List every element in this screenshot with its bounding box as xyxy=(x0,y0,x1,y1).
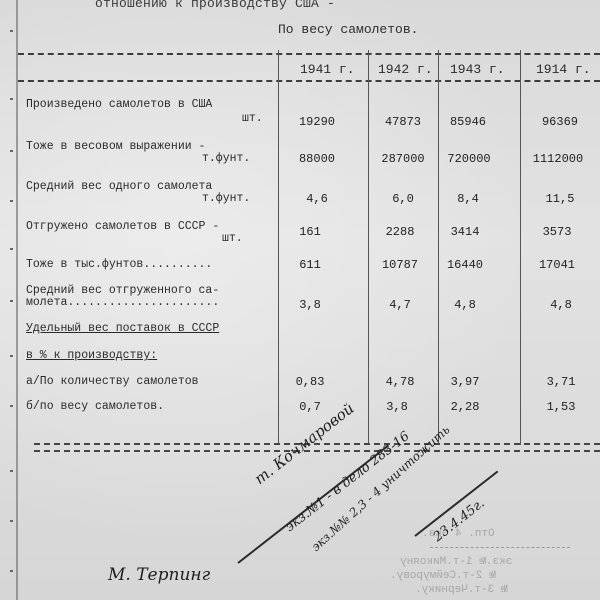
cell: 96369 xyxy=(535,115,585,129)
column-divider xyxy=(368,50,369,445)
cell: 2,28 xyxy=(440,400,490,414)
bleed-through-text: № 2-т.Сеймурову. xyxy=(390,570,496,582)
cell: 287000 xyxy=(374,152,432,166)
cell: 720000 xyxy=(440,152,498,166)
bleed-through-text: экз.№ 1-т.Микояну xyxy=(400,556,512,568)
section-label-share-ussr: Удельный вес поставок в СССР xyxy=(26,322,219,336)
cell: 4,8 xyxy=(536,298,586,312)
bleed-through-rule xyxy=(430,547,570,548)
cell: 16440 xyxy=(440,258,490,272)
cell: 4,6 xyxy=(292,192,342,206)
cell: 19290 xyxy=(292,115,342,129)
row-label-by-weight: б/по весу самолетов. xyxy=(26,400,164,414)
cell: 161 xyxy=(285,225,335,239)
cell: 1112000 xyxy=(526,152,590,166)
margin-punch-marks xyxy=(0,0,12,600)
cell: 0,83 xyxy=(285,375,335,389)
signature-left: М. Терпинг xyxy=(108,565,210,585)
column-header-1944: 1914 г. xyxy=(536,62,591,77)
bleed-through-text: № 3-т.Чернику. xyxy=(415,584,507,596)
cell: 3,8 xyxy=(285,298,335,312)
scanned-page: отношению к производству США - По весу с… xyxy=(0,0,600,600)
row-label-weight-usa: Тоже в весовом выражении - xyxy=(26,140,205,154)
cell: 85946 xyxy=(443,115,493,129)
cell: 47873 xyxy=(378,115,428,129)
row-label-shipped-weight: Тоже в тыс.фунтов.......... xyxy=(26,258,212,272)
heading-line-2: По весу самолетов. xyxy=(278,22,418,37)
cell: 611 xyxy=(285,258,335,272)
cell: 2288 xyxy=(375,225,425,239)
table-header-rule xyxy=(18,80,600,82)
row-label-avg-shipped-weight-cont: молета...................... xyxy=(26,296,219,310)
cell: 4,7 xyxy=(375,298,425,312)
cell: 17041 xyxy=(532,258,582,272)
column-divider xyxy=(520,50,521,445)
cell: 3414 xyxy=(440,225,490,239)
cell: 8,4 xyxy=(443,192,493,206)
column-divider xyxy=(278,50,279,445)
row-unit: шт. xyxy=(222,232,243,245)
row-label-by-quantity: а/По количеству самолетов xyxy=(26,375,199,389)
row-unit: т.фунт. xyxy=(202,192,250,205)
cell: 3,71 xyxy=(536,375,586,389)
column-header-1941: 1941 г. xyxy=(300,62,355,77)
cell: 4,78 xyxy=(375,375,425,389)
cell: 3573 xyxy=(532,225,582,239)
column-divider xyxy=(438,50,439,445)
column-header-1942: 1942 г. xyxy=(378,62,433,77)
cell: 88000 xyxy=(292,152,342,166)
column-header-1943: 1943 г. xyxy=(450,62,505,77)
cell: 4,8 xyxy=(440,298,490,312)
row-label-produced-usa: Произведено самолетов в США xyxy=(26,98,212,112)
cell: 3,97 xyxy=(440,375,490,389)
left-margin-line xyxy=(16,0,18,600)
cell: 3,8 xyxy=(372,400,422,414)
cell: 0,7 xyxy=(285,400,335,414)
heading-line-1: отношению к производству США - xyxy=(95,0,335,11)
cell: 10787 xyxy=(375,258,425,272)
cell: 1,53 xyxy=(536,400,586,414)
section-label-percent-production: в % к производству: xyxy=(26,349,157,363)
cell: 11,5 xyxy=(535,192,585,206)
row-label-shipped-ussr: Отгружено самолетов в СССР - xyxy=(26,220,219,234)
row-unit: шт. xyxy=(242,112,263,125)
row-unit: т.фунт. xyxy=(202,152,250,165)
row-label-avg-weight: Средний вес одного самолета xyxy=(26,180,212,194)
table-top-rule xyxy=(18,53,600,55)
cell: 6,0 xyxy=(378,192,428,206)
